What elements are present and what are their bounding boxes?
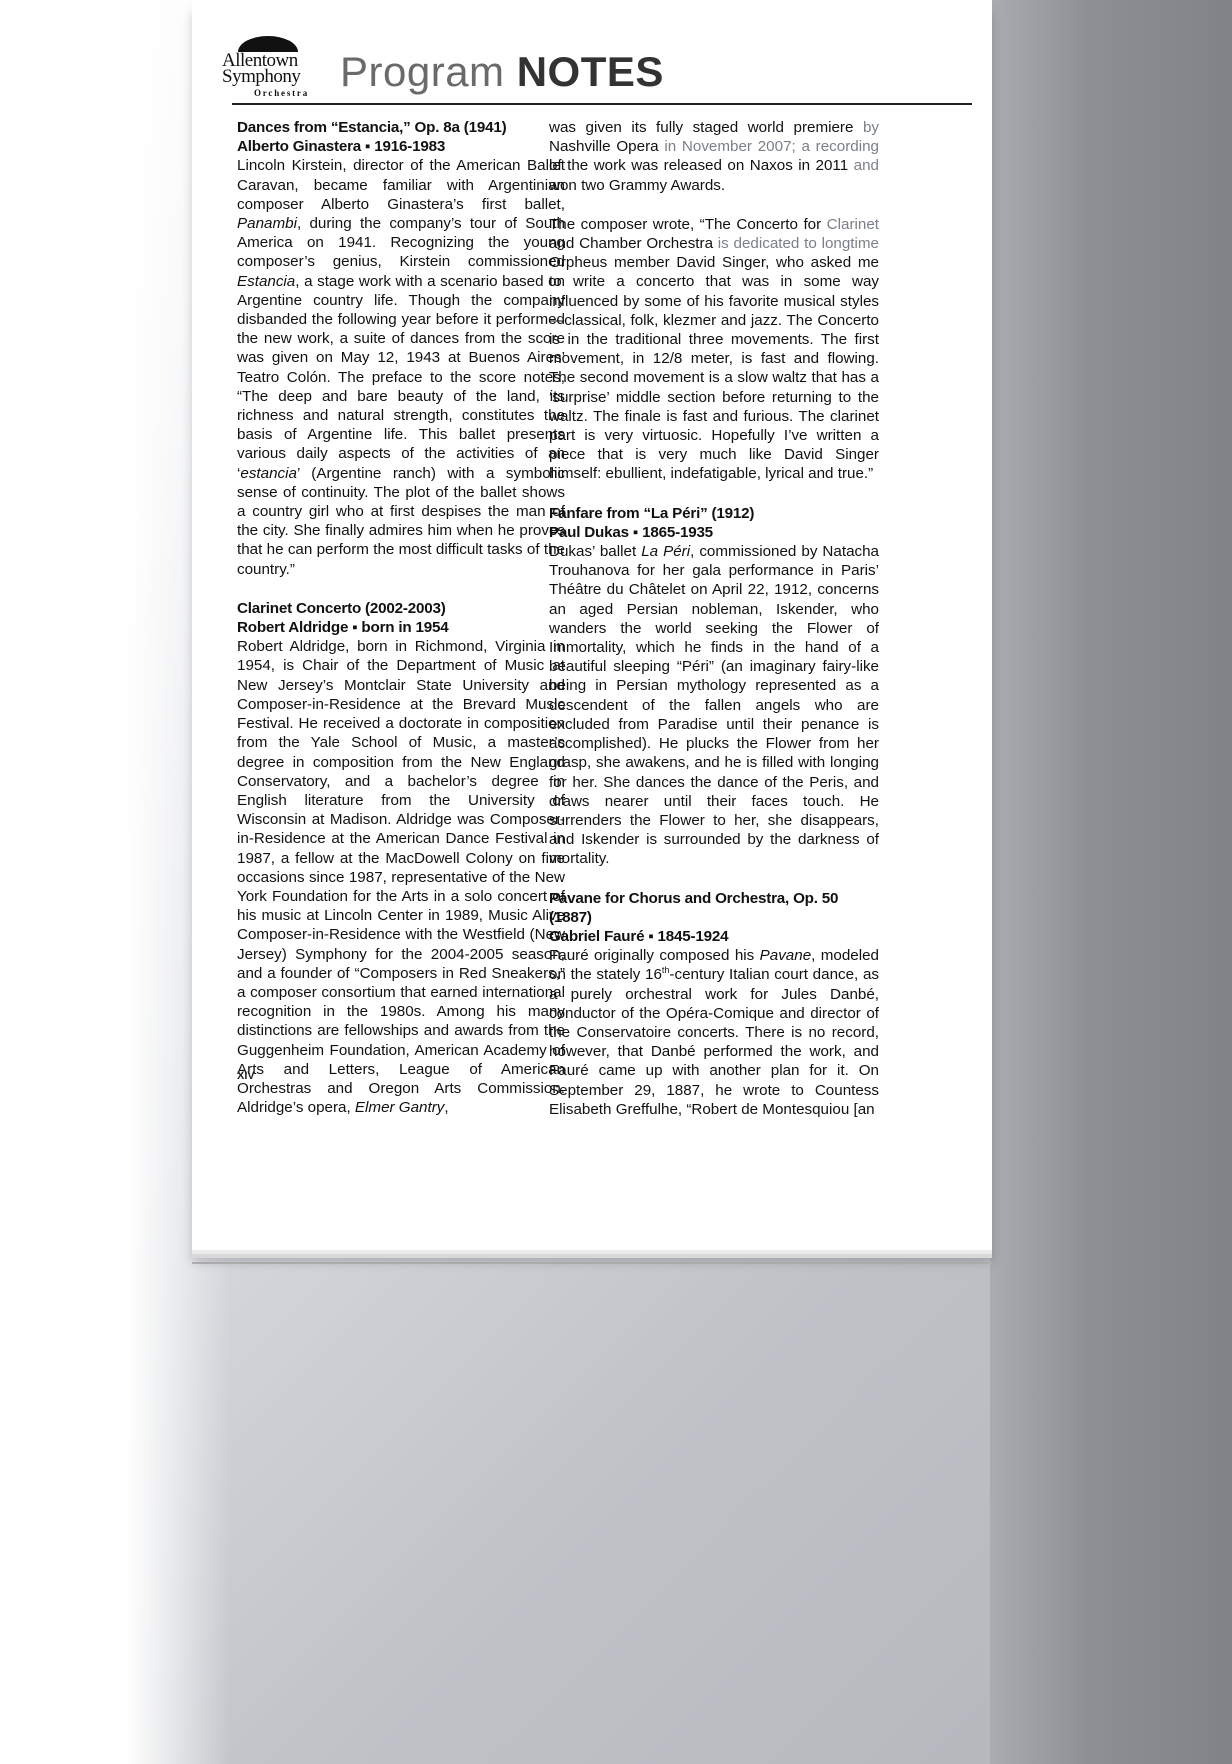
- logo-text-orchestra: Orchestra: [254, 88, 309, 98]
- header-rule: [232, 103, 972, 105]
- page-title-light: Program: [340, 48, 517, 95]
- body-text: Fauré originally composed his: [549, 947, 760, 964]
- body-text: ,: [444, 1099, 448, 1116]
- body-text: , commissioned by Natacha Trouhanova for…: [549, 543, 879, 867]
- body-text: , a stage work with a scenario based on …: [237, 273, 565, 482]
- spacer: [549, 195, 879, 215]
- page-title-bold: NOTES: [517, 48, 664, 95]
- section-title: Dances from “Estancia,” Op. 8a (1941): [237, 118, 565, 137]
- body-text: -century Italian court dance, as a purel…: [549, 966, 879, 1117]
- spacer: [549, 869, 879, 889]
- page-edge: [192, 1262, 992, 1264]
- faded-text: by: [863, 119, 879, 136]
- section-composer: Alberto Ginastera ▪ 1916-1983: [237, 137, 565, 156]
- body-text: Nashville Opera: [549, 138, 664, 155]
- page-number: XIV: [237, 1070, 255, 1082]
- body-text: of the work was released on Naxos in 201…: [549, 157, 854, 174]
- body-text: Dukas’ ballet: [549, 543, 641, 560]
- body-text: won two Grammy Awards.: [549, 177, 725, 194]
- section-body: Lincoln Kirstein, director of the Americ…: [237, 156, 565, 578]
- spacer: [237, 579, 565, 599]
- section-title: Clarinet Concerto (2002-2003): [237, 599, 565, 618]
- faded-text: and: [854, 157, 879, 174]
- right-column: was given its fully staged world premier…: [549, 118, 879, 1119]
- work-title: Pavane: [760, 947, 812, 964]
- faded-text: in November 2007; a recording: [664, 138, 879, 155]
- work-title: Panambi: [237, 215, 297, 232]
- section-composer: Robert Aldridge ▪ born in 1954: [237, 618, 565, 637]
- orchestra-logo: Allentown Symphony Orchestra: [222, 28, 317, 103]
- body-text: The composer wrote, “The Concerto for: [549, 216, 827, 233]
- section-title: Pavane for Chorus and Orchestra, Op. 50 …: [549, 889, 879, 927]
- section-composer: Gabriel Fauré ▪ 1845-1924: [549, 927, 879, 946]
- faded-text: is dedicated to longtime: [718, 235, 879, 252]
- continuation-paragraph: was given its fully staged world premier…: [549, 118, 879, 195]
- left-column: Dances from “Estancia,” Op. 8a (1941) Al…: [237, 118, 565, 1117]
- work-title: Elmer Gantry: [355, 1099, 444, 1116]
- section-body: Fauré originally composed his Pavane, mo…: [549, 946, 879, 1119]
- body-text: was given its fully staged world premier…: [549, 119, 863, 136]
- body-text: Orpheus member David Singer, who asked m…: [549, 254, 879, 482]
- section-composer: Paul Dukas ▪ 1865-1935: [549, 523, 879, 542]
- work-title: La Péri: [641, 543, 690, 560]
- program-page: Allentown Symphony Orchestra Program NOT…: [192, 0, 992, 1250]
- italic-term: estancia: [240, 465, 297, 482]
- body-text: and Chamber Orchestra: [549, 235, 718, 252]
- page-title: Program NOTES: [340, 48, 664, 96]
- page-header: Allentown Symphony Orchestra Program NOT…: [222, 28, 962, 103]
- section-title: Fanfare from “La Péri” (1912): [549, 504, 879, 523]
- section-body: Robert Aldridge, born in Richmond, Virgi…: [237, 637, 565, 1117]
- logo-text-symphony: Symphony: [222, 68, 300, 86]
- faded-text: Clarinet: [827, 216, 879, 233]
- work-title: Estancia: [237, 273, 295, 290]
- body-text: Lincoln Kirstein, director of the Americ…: [237, 157, 565, 212]
- composer-quote: The composer wrote, “The Concerto for Cl…: [549, 215, 879, 484]
- scan-background-right: [990, 0, 1232, 1764]
- body-text: Robert Aldridge, born in Richmond, Virgi…: [237, 638, 565, 1116]
- section-body: Dukas’ ballet La Péri, commissioned by N…: [549, 542, 879, 868]
- spacer: [549, 484, 879, 504]
